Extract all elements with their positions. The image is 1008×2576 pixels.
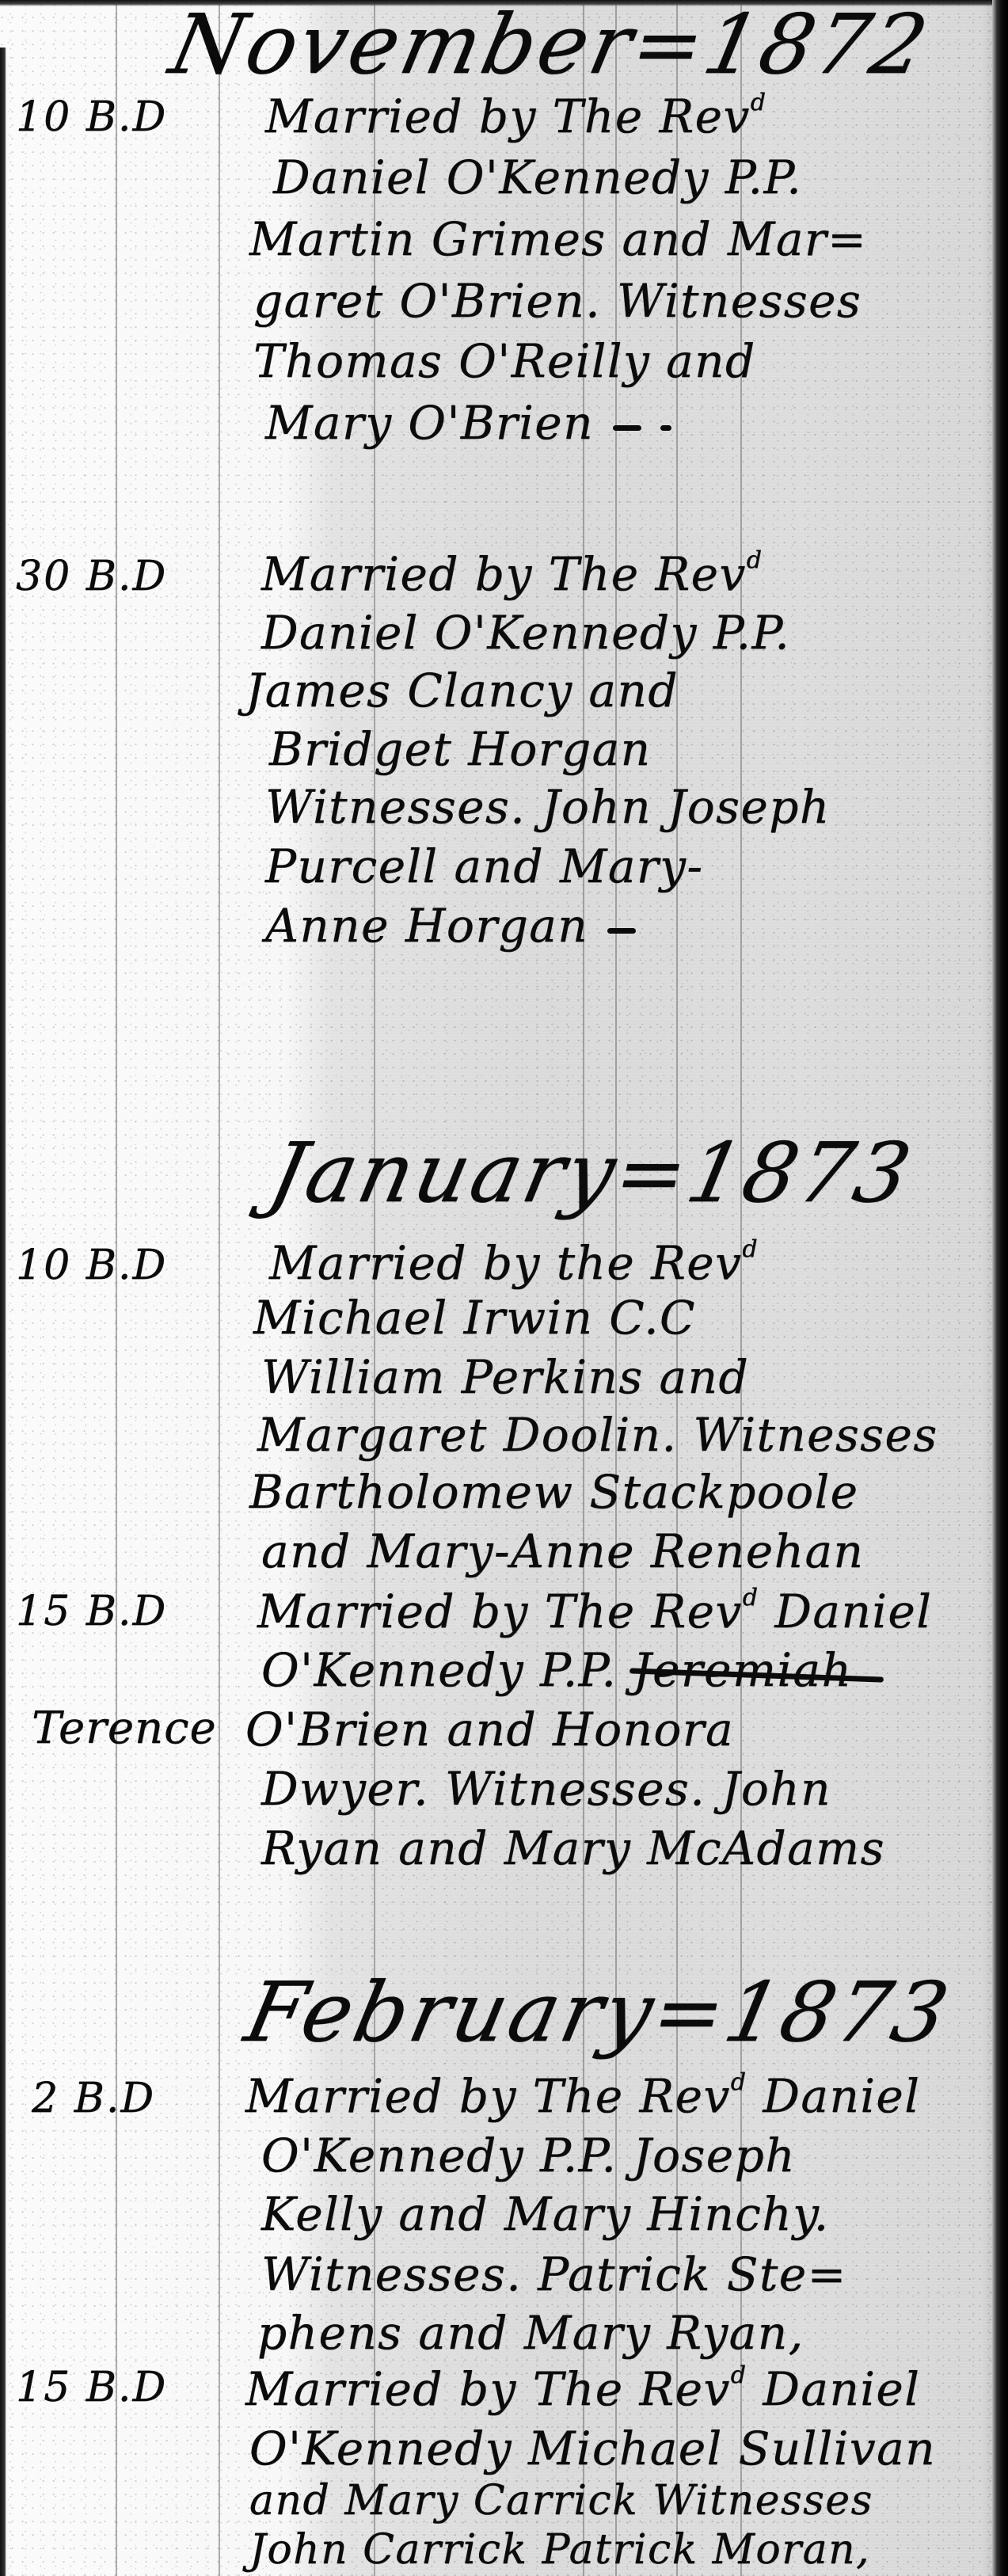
- month-name: February: [238, 1964, 665, 2060]
- superscript: d: [751, 89, 767, 116]
- ruling-line: [219, 0, 220, 2576]
- entry-line: Margaret Doolin. Witnesses: [257, 1408, 938, 1462]
- entry-line: phens and Mary Ryan,: [257, 2306, 804, 2360]
- entry-line: Witnesses. Patrick Ste=: [261, 2247, 847, 2301]
- entry-line: Witnesses. John Joseph: [265, 780, 831, 834]
- register-page: November=1872 10 B.D Married by The Revd…: [0, 0, 1008, 2576]
- entry-line: Bridget Horgan: [269, 722, 652, 776]
- month-year: =1873: [607, 1124, 922, 1221]
- entry-line: Bartholomew Stackpoole: [249, 1465, 858, 1519]
- entry-text: Anne Horgan: [265, 899, 588, 953]
- entry-line: O'Brien and Honora: [245, 1703, 734, 1756]
- entry-line: William Perkins and: [261, 1350, 749, 1404]
- month-year: =1873: [645, 1964, 960, 2060]
- entry-line: Married by The Revd: [265, 89, 766, 143]
- entry-line: Married by The Revd Daniel: [257, 1584, 932, 1638]
- struck-through-word: Jeremiah: [633, 1643, 852, 1697]
- end-dash: [613, 425, 641, 431]
- entry-line: and Mary-Anne Renehan: [261, 1524, 864, 1578]
- month-name: November: [162, 0, 644, 93]
- entry-line: Married by The Revd Daniel: [245, 2068, 920, 2123]
- entry-line: Purcell and Mary-: [265, 839, 704, 893]
- entry-text: Daniel: [747, 2362, 920, 2416]
- superscript: d: [743, 1584, 759, 1611]
- entry-line: Married by The Revd Daniel: [245, 2361, 920, 2416]
- superscript: d: [731, 2361, 747, 2389]
- entry-line: Thomas O'Reilly and: [253, 334, 756, 388]
- entry-line: garet O'Brien. Witnesses: [253, 274, 862, 328]
- entry-text: Married by The Rev: [245, 2362, 731, 2416]
- superscript: d: [731, 2068, 747, 2096]
- entry-text: Daniel: [759, 1585, 932, 1638]
- entry-text: Daniel: [747, 2069, 920, 2123]
- margin-correction: Terence: [32, 1703, 217, 1754]
- entry-date: 2 B.D: [32, 2075, 155, 2122]
- entry-date: 15 B.D: [16, 1588, 167, 1635]
- entry-line: Michael Irwin C.C: [253, 1291, 696, 1345]
- entry-line: Kelly and Mary Hinchy.: [261, 2187, 830, 2241]
- entry-line: Daniel O'Kennedy P.P.: [273, 150, 802, 204]
- entry-line: Married by The Revd: [261, 546, 763, 601]
- entry-date: 10 B.D: [16, 93, 167, 141]
- entry-line: O'Kennedy P.P. Joseph: [261, 2129, 796, 2182]
- entry-text: Married by The Rev: [265, 89, 751, 143]
- entry-text: Mary O'Brien: [265, 396, 594, 450]
- entry-line: Ryan and Mary McAdams: [261, 1821, 885, 1875]
- entry-line: O'Kennedy P.P. Jeremiah: [261, 1643, 852, 1697]
- entry-date: 30 B.D: [16, 553, 167, 600]
- superscript: d: [747, 546, 763, 574]
- page-right-edge: [992, 0, 1008, 2576]
- superscript: d: [742, 1235, 759, 1263]
- month-year: =1872: [623, 0, 938, 93]
- entry-line: Dwyer. Witnesses. John: [261, 1762, 831, 1816]
- entry-line: Anne Horgan: [265, 899, 636, 953]
- entry-line: Martin Grimes and Mar=: [249, 212, 867, 266]
- month-header-february: February=1873: [238, 1964, 960, 2060]
- end-dash: [660, 425, 671, 431]
- entry-text: Married by The Rev: [261, 547, 747, 601]
- month-header-november: November=1872: [162, 0, 938, 93]
- entry-date: 15 B.D: [16, 2364, 167, 2411]
- month-header-january: January=1873: [261, 1124, 922, 1221]
- entry-date: 10 B.D: [16, 1242, 167, 1289]
- end-dash: [607, 928, 636, 934]
- entry-line: Mary O'Brien: [265, 396, 671, 450]
- entry-line: and Mary Carrick Witnesses: [249, 2477, 873, 2525]
- entry-text: Married by The Rev: [245, 2069, 731, 2123]
- page-left-edge: [0, 48, 6, 2576]
- entry-text: O'Kennedy P.P.: [261, 1643, 633, 1697]
- month-name: January: [261, 1124, 627, 1221]
- entry-line: O'Kennedy Michael Sullivan: [249, 2422, 936, 2475]
- entry-line: Married by the Revd: [269, 1235, 759, 1290]
- entry-line: John Carrick Patrick Moran,: [249, 2526, 870, 2574]
- entry-text: Married by The Rev: [257, 1585, 743, 1638]
- entry-line: James Clancy and: [245, 664, 679, 717]
- entry-text: Married by the Rev: [269, 1236, 742, 1290]
- entry-line: Daniel O'Kennedy P.P.: [261, 606, 790, 660]
